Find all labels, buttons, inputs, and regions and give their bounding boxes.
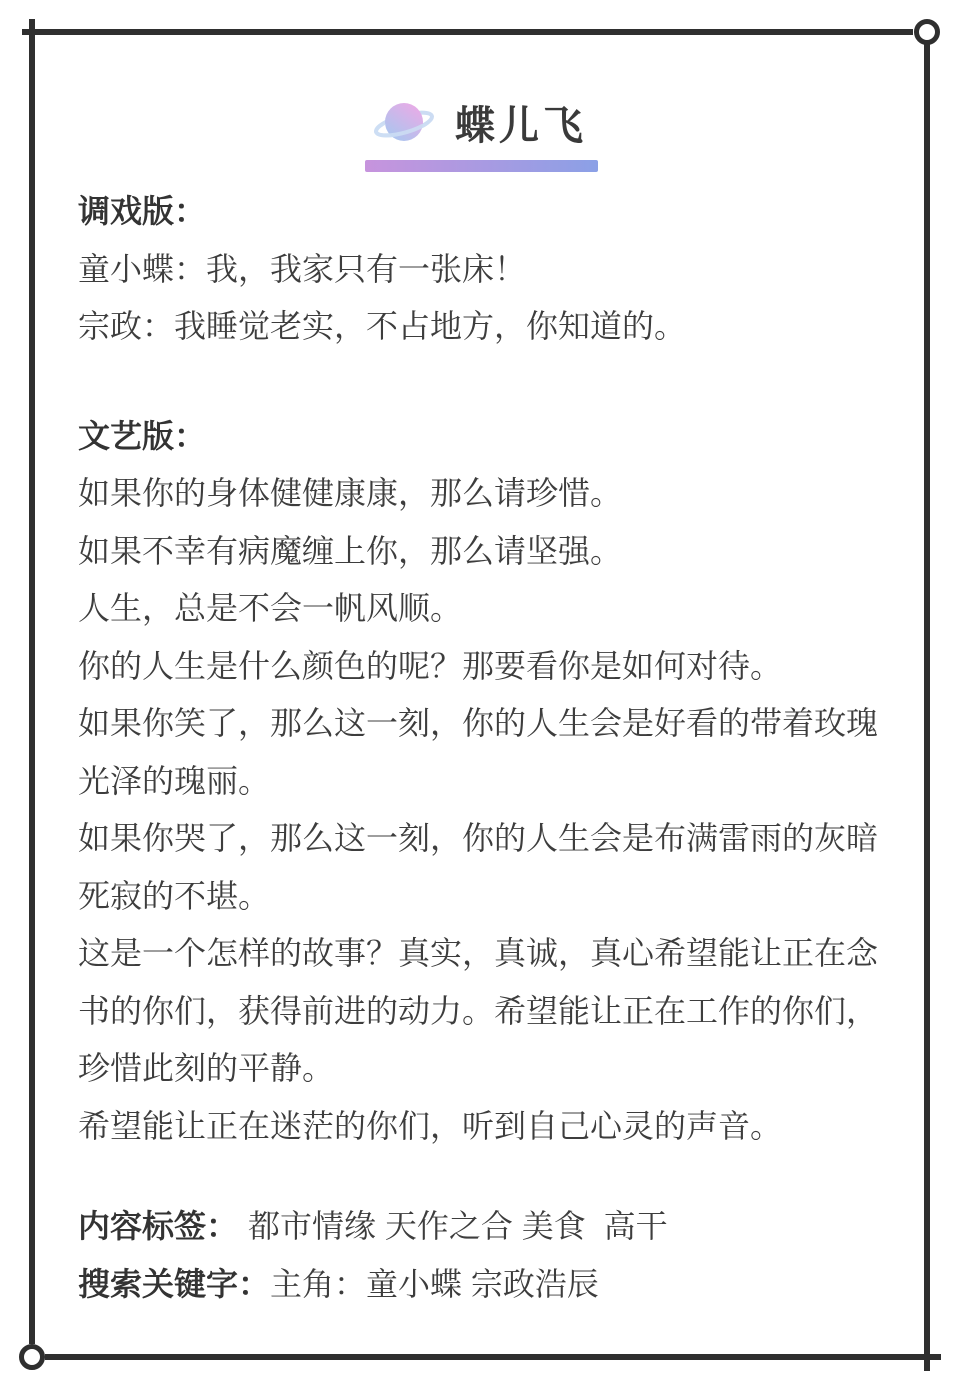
meta-block: 内容标签：都市情缘 天作之合 美食 高干 搜索关键字：主角：童小蝶 宗政浩辰 xyxy=(78,1198,892,1313)
literary-lines: 如果你的身体健健康康，那么请珍惜。如果不幸有病魔缠上你，那么请坚强。人生，总是不… xyxy=(78,465,892,1155)
frame-left-line xyxy=(29,19,35,1344)
text-line: 童小蝶：我，我家只有一张床！ xyxy=(78,241,892,299)
text-line: 希望能让正在迷茫的你们，听到自己心灵的声音。 xyxy=(78,1098,892,1156)
text-line: 如果你的身体健健康康，那么请珍惜。 xyxy=(78,465,892,523)
frame-corner-circle-top-right xyxy=(914,19,940,45)
title-underline xyxy=(365,160,598,172)
tags-label: 内容标签： xyxy=(78,1208,238,1244)
text-line: 这是一个怎样的故事？真实，真诚，真心希望能让正在念书的你们，获得前进的动力。希望… xyxy=(78,925,892,1098)
content: 调戏版： 童小蝶：我，我家只有一张床！宗政：我睡觉老实，不占地方，你知道的。 文… xyxy=(78,183,892,1313)
page-title: 蝶儿飞 xyxy=(455,94,587,151)
text-line: 你的人生是什么颜色的呢？那要看你是如何对待。 xyxy=(78,638,892,696)
header: 蝶儿飞 xyxy=(0,94,960,151)
tags-line: 内容标签：都市情缘 天作之合 美食 高干 xyxy=(78,1198,892,1256)
frame-bottom-line xyxy=(45,1354,941,1360)
planet-icon xyxy=(373,96,435,150)
text-line: 人生，总是不会一帆风顺。 xyxy=(78,580,892,638)
teasing-lines: 童小蝶：我，我家只有一张床！宗政：我睡觉老实，不占地方，你知道的。 xyxy=(78,241,892,356)
keywords-line: 搜索关键字：主角：童小蝶 宗政浩辰 xyxy=(78,1256,892,1314)
tags-value: 都市情缘 天作之合 美食 高干 xyxy=(248,1208,668,1244)
text-line: 如果不幸有病魔缠上你，那么请坚强。 xyxy=(78,523,892,581)
keywords-label: 搜索关键字： xyxy=(78,1266,270,1302)
frame-corner-circle-bottom-left xyxy=(19,1344,45,1370)
text-line: 宗政：我睡觉老实，不占地方，你知道的。 xyxy=(78,298,892,356)
section-heading-literary: 文艺版： xyxy=(78,408,892,466)
frame-top-line xyxy=(22,29,913,35)
section-heading-teasing: 调戏版： xyxy=(78,183,892,241)
frame-right-line xyxy=(924,44,930,1371)
text-line: 如果你哭了，那么这一刻，你的人生会是布满雷雨的灰暗死寂的不堪。 xyxy=(78,810,892,925)
keywords-value: 主角：童小蝶 宗政浩辰 xyxy=(270,1266,599,1302)
text-line: 如果你笑了，那么这一刻，你的人生会是好看的带着玫瑰光泽的瑰丽。 xyxy=(78,695,892,810)
